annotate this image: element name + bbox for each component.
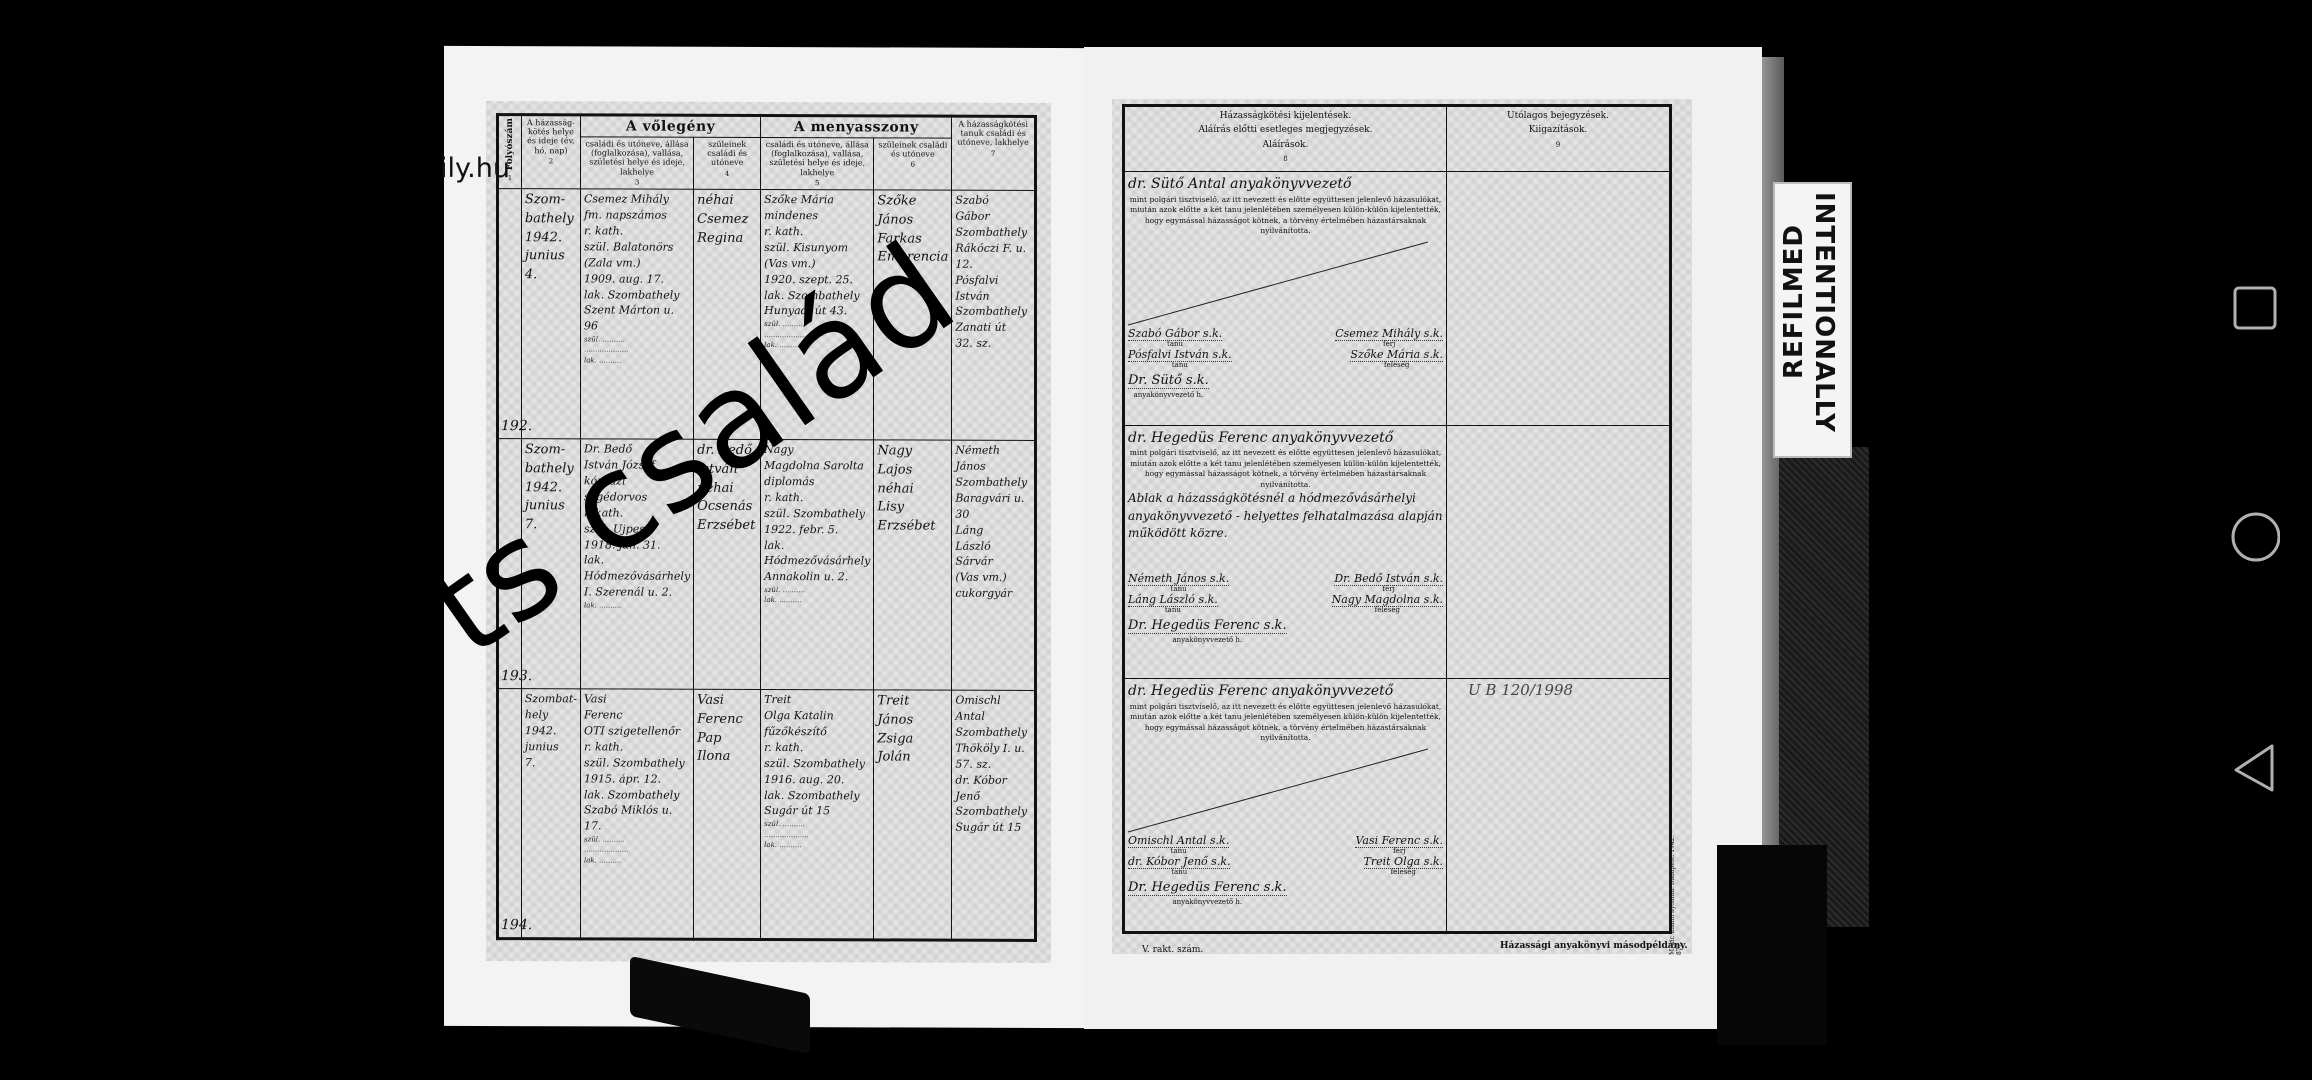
recents-button[interactable] [2230,283,2280,333]
strike-line [1128,744,1428,834]
declaration-entry: dr. Sütő Antal anyakönyvvezető mint polg… [1124,172,1671,426]
home-button[interactable] [2230,512,2280,562]
header-col9: Utólagos bejegyzések. Kiigazítások. [1507,111,1609,135]
book-corner-shadow [1717,845,1827,1045]
later-entry-note: U B 120/1998 [1468,681,1573,699]
system-navigation-bar [2200,0,2312,1080]
header-groom: A vőlegény [580,115,760,138]
footer-duplicate-label: Házassági anyakönyvi másodpéldány. [1500,941,1687,951]
header-col6: szüleinek családi és utóneve [878,140,947,158]
back-triangle-icon [2232,743,2278,793]
printer-note: M. kir. állami nyomda. Budapest. 1942. 8… [1669,830,1683,955]
header-col7: A házasságkötési tanuk családi és utónev… [958,120,1029,148]
header-col3: családi és utóneve, állása (foglalkozása… [585,139,688,176]
declaration-entry: dr. Hegedüs Ferenc anyakönyvvezető mint … [1124,679,1671,933]
header-col8: Házasságkötési kijelentések. Aláírás elő… [1199,111,1373,150]
table-row: 194. Szombat- hely 1942. junius 7. Vasi … [498,688,1036,940]
remark-text: Ablak a házasságkötésnél a hódmezővásárh… [1128,490,1443,542]
header-col5: családi és utóneve, állása (foglalkozása… [766,140,869,177]
refilmed-tab: INTENTIONALLY REFILMED [1773,182,1852,458]
strike-line [1128,237,1428,327]
site-watermark: ily.hu [440,153,510,184]
square-icon [2232,285,2278,331]
header-col2: A házasság-kötés helye és ideje (év, hó,… [527,118,575,155]
header-col4: szüleinek családi és utóneve [707,140,747,167]
footer-storage-number: V. rakt. szám. [1142,945,1203,955]
header-bride: A menyasszony [761,115,952,138]
back-button[interactable] [2230,743,2280,793]
declaration-entry: dr. Hegedüs Ferenc anyakönyvvezető mint … [1124,425,1671,679]
circle-icon [2230,511,2280,563]
declarations-table: Házasságkötési kijelentések. Aláírás elő… [1122,104,1672,934]
image-viewer[interactable]: Folyószám1 A házasság-kötés helye és ide… [0,0,2312,1080]
